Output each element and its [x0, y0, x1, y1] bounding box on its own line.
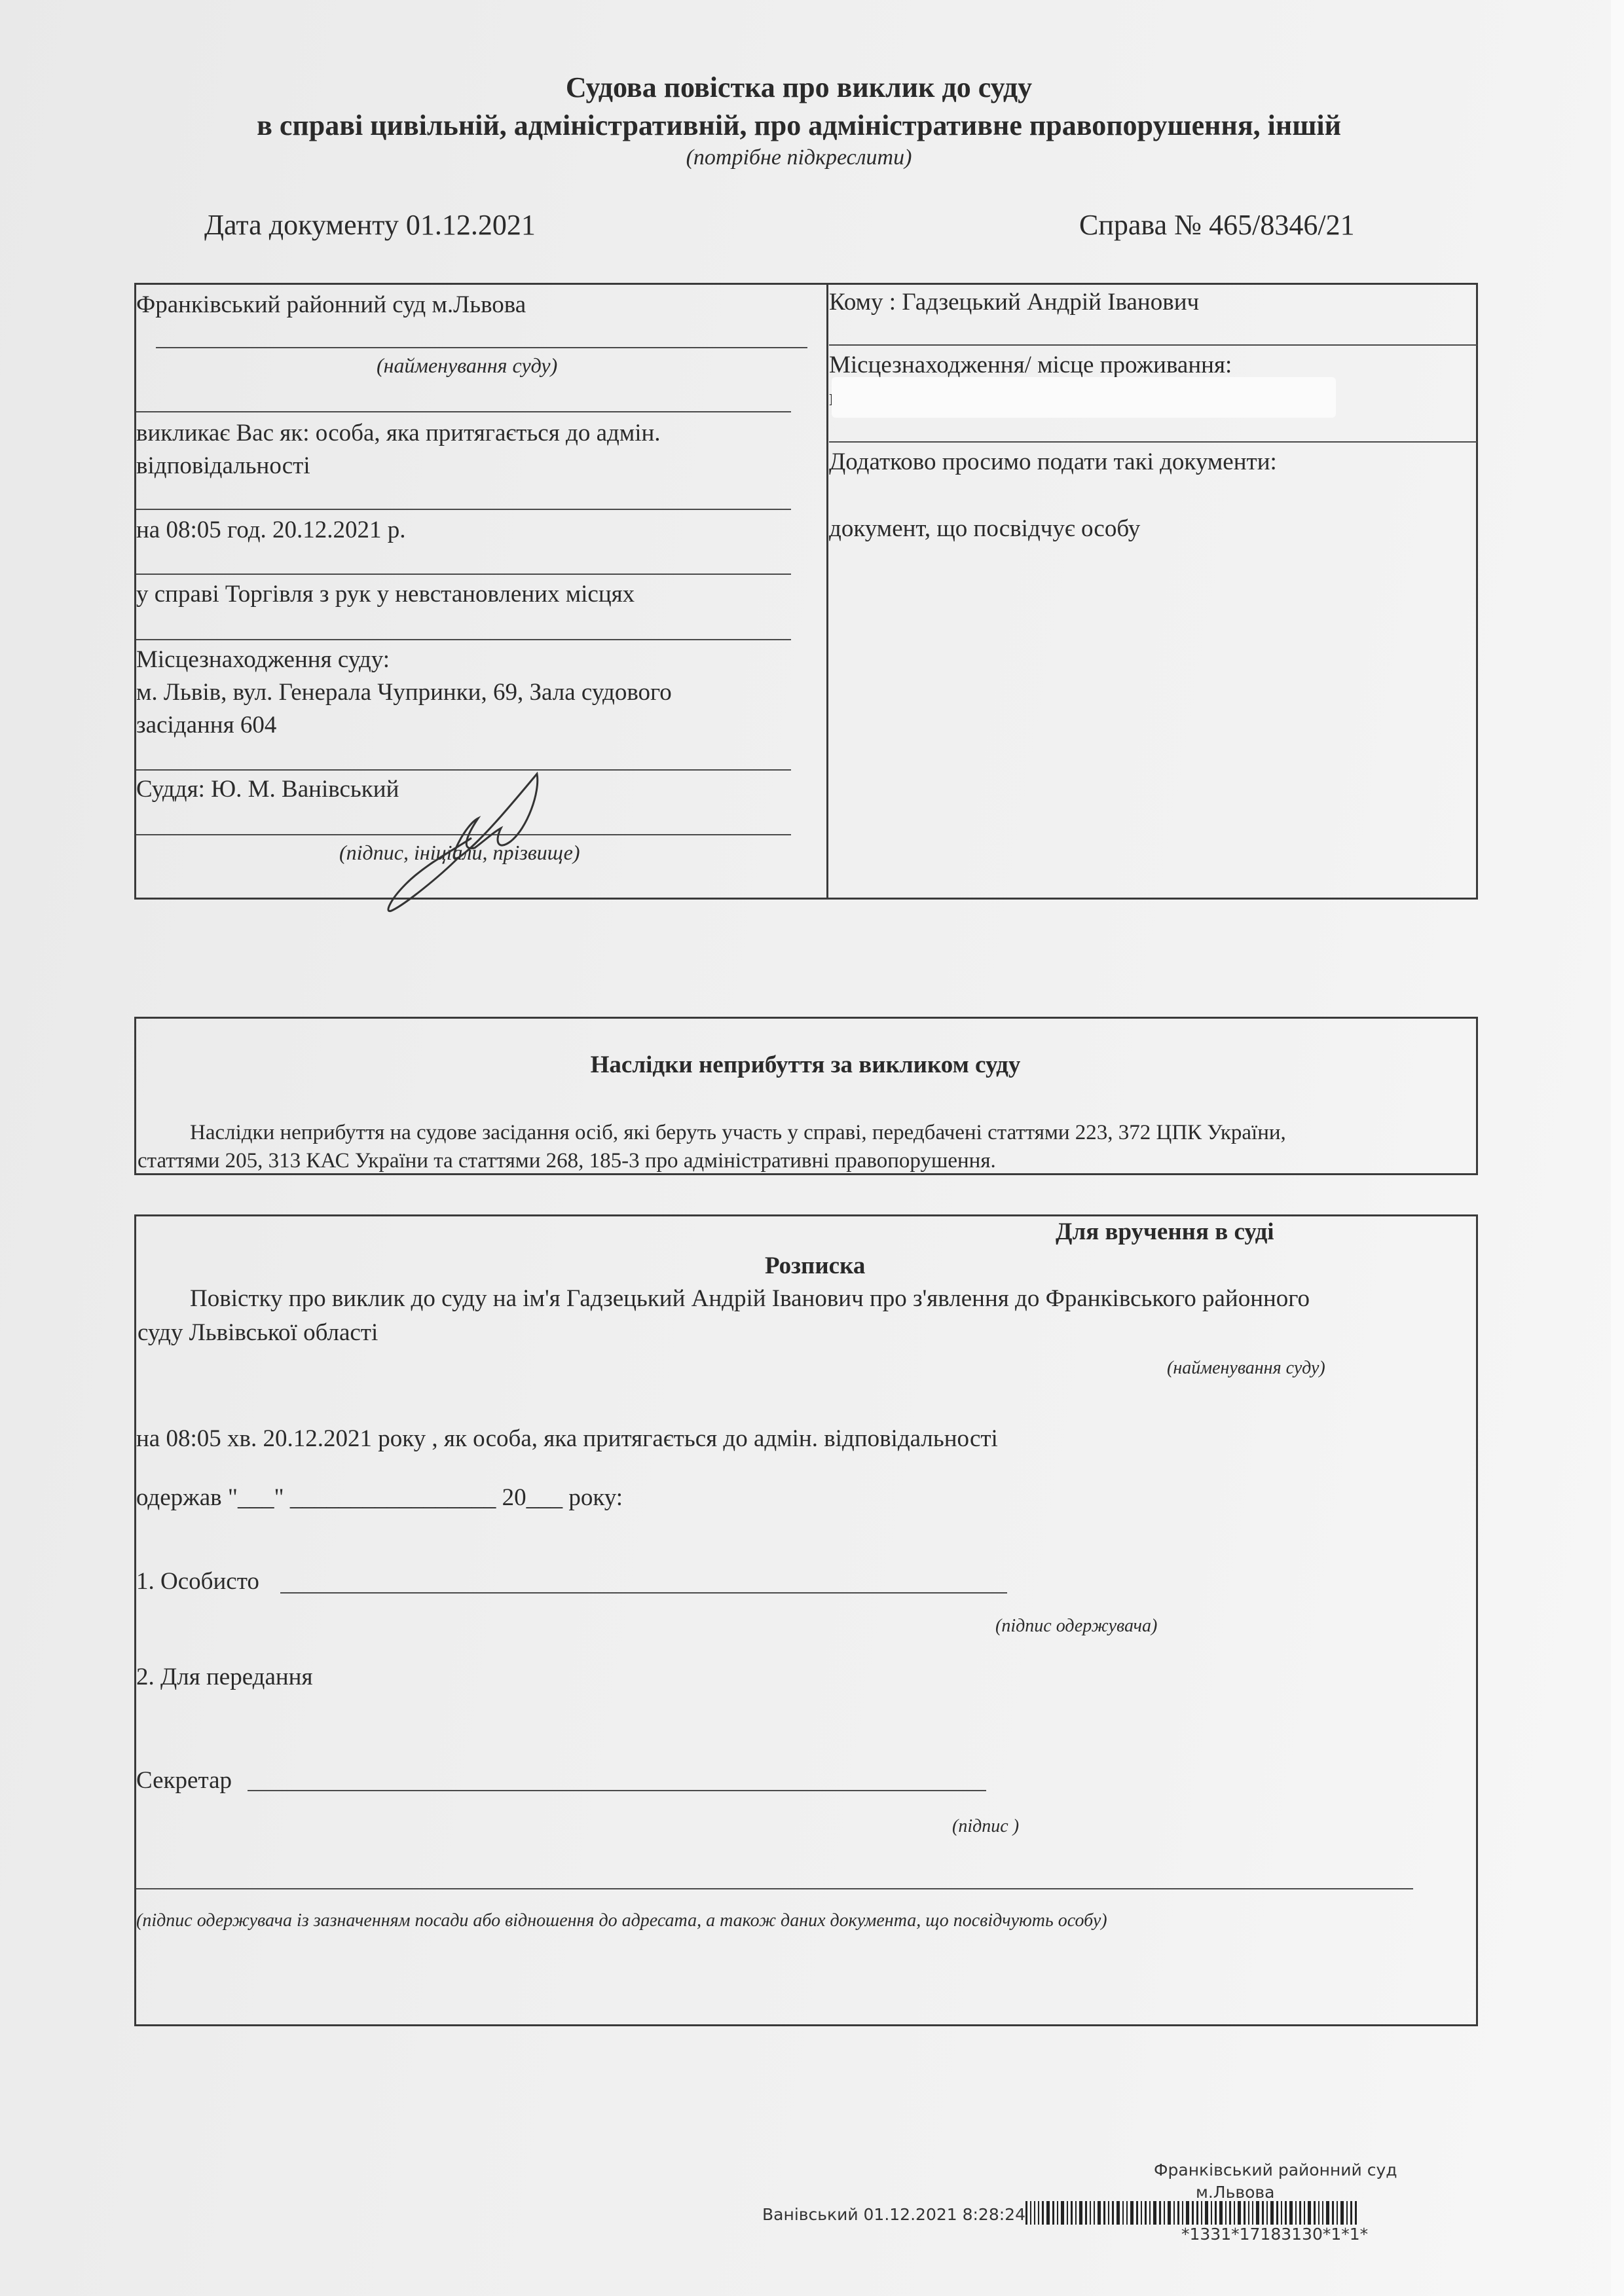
required-documents-value: документ, що посвідчує особу: [829, 515, 1140, 543]
required-documents-label: Додатково просимо подати такі документи:: [829, 448, 1277, 476]
divider: [829, 441, 1477, 443]
document-subtitle: в справі цивільній, адміністративній, пр…: [0, 109, 1598, 142]
redaction-block: [832, 377, 1336, 418]
divider: [136, 509, 791, 510]
secretary-label: Секретар: [136, 1766, 232, 1795]
divider: [136, 574, 791, 575]
divider: [829, 344, 1477, 346]
footer-stamp: Ванівський 01.12.2021 8:28:24: [762, 2205, 1025, 2224]
summons-divider: [826, 283, 828, 900]
footer-court-line2: м.Львова: [1196, 2183, 1274, 2202]
divider: [156, 347, 807, 348]
recipient-signature-line[interactable]: [280, 1592, 1007, 1594]
underline-note: (потрібне підкреслити): [0, 145, 1598, 170]
receipt-text-1: Повістку про виклик до суду на ім'я Гадз…: [190, 1285, 1310, 1313]
summoned-as: викликає Вас як: особа, яка притягається…: [136, 419, 661, 447]
for-delivery-label: Для вручення в суді: [1056, 1218, 1274, 1246]
secretary-signature-caption: (підпис ): [952, 1816, 1019, 1837]
recipient-signature-caption: (підпис одержувача): [995, 1616, 1157, 1637]
divider: [136, 411, 791, 412]
case-number: Справа № 465/8346/21: [1079, 208, 1355, 242]
divider: [136, 639, 791, 640]
recipient-details-caption: (підпис одержувача із зазначенням посади…: [136, 1910, 1107, 1931]
document-title: Судова повістка про виклик до суду: [0, 71, 1598, 104]
consequences-text-2: статтями 205, 313 КАС України та статтям…: [138, 1149, 996, 1173]
barcode-text: *1331*17183130*1*1*: [1181, 2225, 1368, 2244]
case-subject: у справі Торгівля з рук у невстановлених…: [136, 580, 635, 608]
judge-signature-icon: [380, 766, 550, 917]
consequences-text-1: Наслідки неприбуття на судове засідання …: [190, 1121, 1286, 1145]
page-edge: [1611, 0, 1624, 2296]
receipt-time-line: на 08:05 хв. 20.12.2021 року , як особа,…: [136, 1425, 998, 1453]
for-transfer-label: 2. Для передання: [136, 1663, 313, 1691]
receipt-court-caption: (найменування суду): [1167, 1358, 1325, 1379]
court-name-caption: (найменування суду): [377, 354, 557, 378]
consequences-title: Наслідки неприбуття за викликом суду: [0, 1051, 1611, 1079]
footer-court-line1: Франківський районний суд: [1154, 2160, 1397, 2179]
hearing-time: на 08:05 год. 20.12.2021 р.: [136, 516, 406, 544]
court-room: засідання 604: [136, 711, 276, 739]
personally-label: 1. Особисто: [136, 1567, 259, 1595]
received-date-field[interactable]: одержав "___" _________________ 20___ ро…: [136, 1484, 623, 1512]
receipt-title: Розписка: [765, 1252, 865, 1280]
court-address: м. Львів, вул. Генерала Чупринки, 69, За…: [136, 678, 672, 706]
receipt-text-2: суду Львівської області: [138, 1319, 378, 1347]
barcode-icon: [1025, 2201, 1359, 2225]
court-name: Франківський районний суд м.Львова: [136, 291, 526, 319]
summoned-as-cont: відповідальності: [136, 452, 310, 480]
recipient-details-line[interactable]: [136, 1888, 1413, 1889]
court-location-label: Місцезнаходження суду:: [136, 646, 390, 674]
recipient-address-label: Місцезнаходження/ місце проживання:: [829, 351, 1232, 379]
secretary-signature-line[interactable]: [248, 1790, 986, 1791]
recipient-name: Кому : Гадзецький Андрій Іванович: [829, 288, 1199, 316]
judge-name: Суддя: Ю. М. Ванівський: [136, 775, 399, 803]
document-date: Дата документу 01.12.2021: [204, 208, 536, 242]
